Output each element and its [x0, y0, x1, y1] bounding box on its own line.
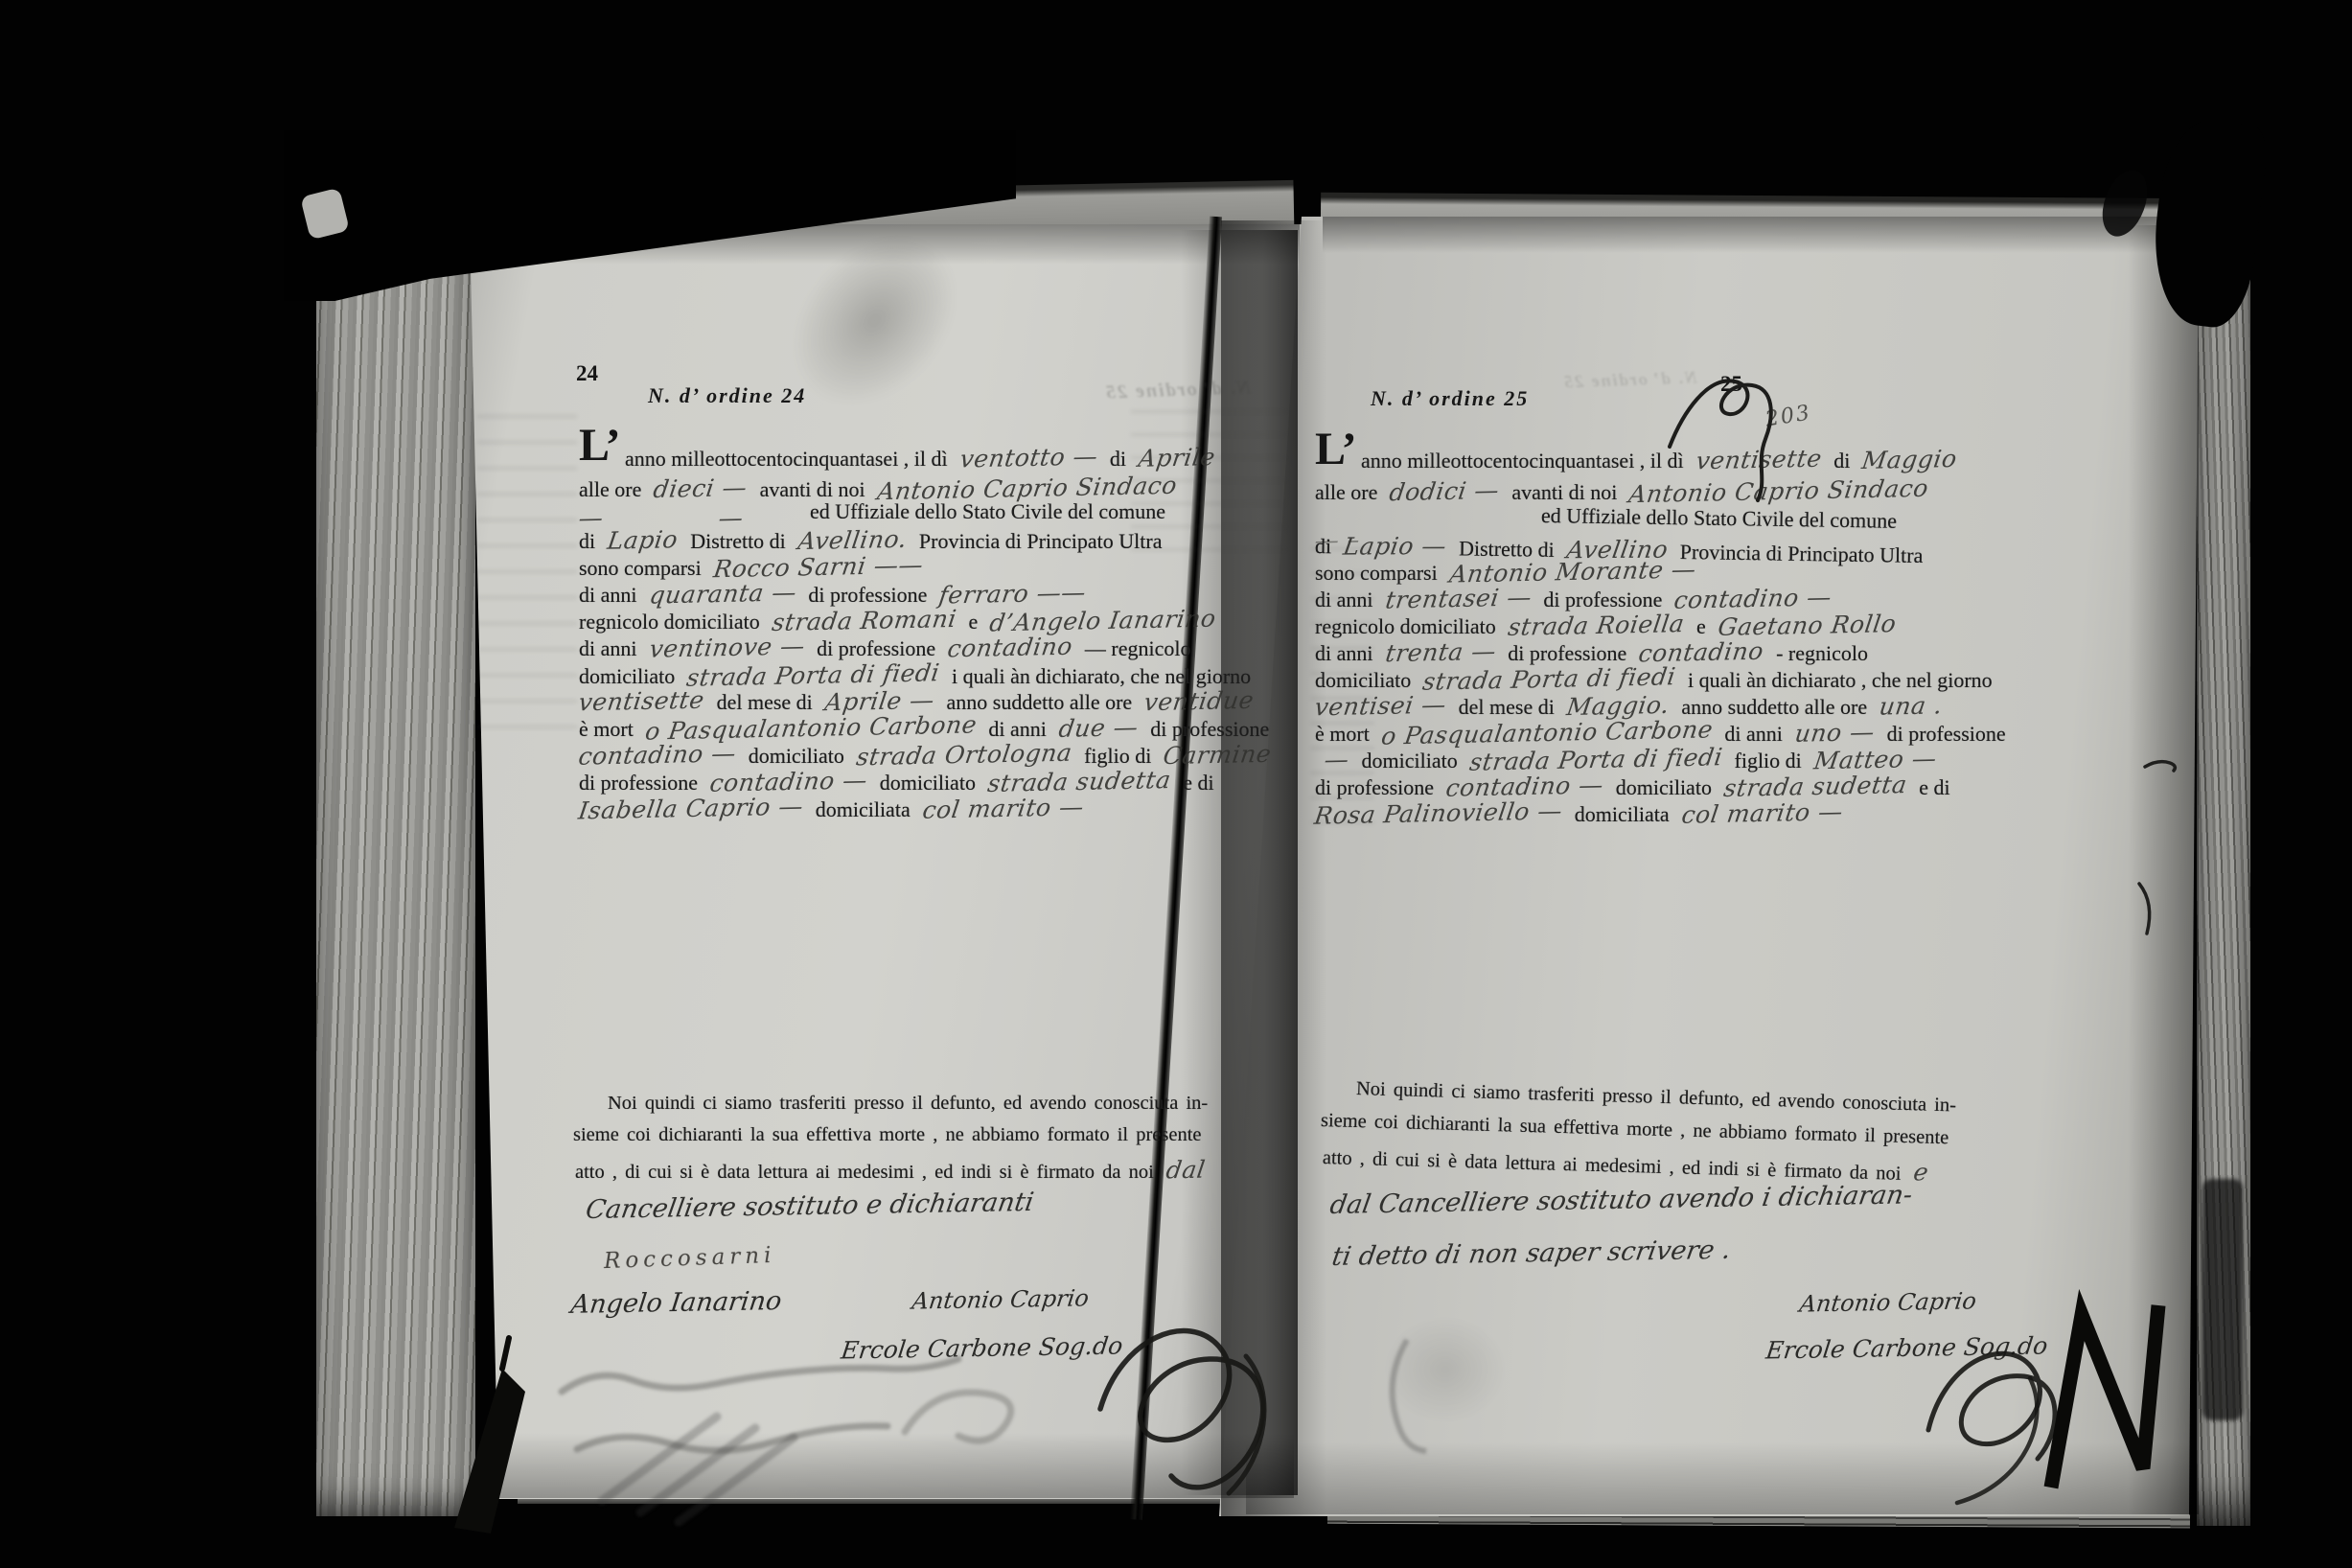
page-25 [1219, 217, 2199, 1516]
handwritten-text: ventisei — [1313, 691, 1448, 722]
declarant-name: Gaetano Rollo [1716, 610, 1898, 641]
printed-text: i quali àn dichiarato, che nel giorno [952, 664, 1251, 689]
printed-text: di [579, 529, 595, 554]
printed-text: figlio di [1084, 744, 1151, 769]
printed-text: di professione [1543, 588, 1662, 612]
record-line: regnicolo domiciliatostrada RoiellaeGaet… [1315, 611, 1896, 639]
handwritten-text: ventinove — [647, 632, 806, 662]
record-line: è morto Pasqualantonio Carbonedi anniuno… [1315, 719, 2006, 747]
handwritten-text: Lapio — [1342, 532, 1449, 560]
record-line: regnicolo domiciliatostrada Romanied’Ang… [579, 607, 1216, 634]
printed-text: di professione [1887, 722, 2006, 747]
printed-text: domiciliato [749, 744, 844, 769]
signature-declarant: Angelo Ianarino [569, 1286, 783, 1320]
handwritten-text: dieci — [652, 473, 749, 503]
printed-text: del mese di [717, 690, 813, 715]
handwritten-text: Maggio [1860, 445, 1959, 474]
record-line: alle oredodici —avanti di noiAntonio Cap… [1315, 477, 1928, 505]
printed-text: di anni [1315, 588, 1373, 612]
printed-text: domiciliato [880, 771, 976, 796]
declarant-name: Rocco Sarni —— [711, 551, 925, 584]
record-line: anno milleottocentocinquantasei , il dìv… [625, 444, 1215, 472]
handwritten-text: uno — [1793, 718, 1877, 748]
closing-paragraph-line: Noi quindi ci siamo trasferiti presso il… [608, 1093, 1208, 1115]
printed-text: di anni [1315, 641, 1373, 666]
page-number: 24 [576, 361, 598, 386]
printed-text: sieme coi dichiaranti la sua effettiva m… [573, 1124, 1202, 1146]
printed-text: e di [1183, 771, 1213, 796]
printed-text: di professione [1315, 775, 1434, 800]
printed-text: i quali àn dichiarato , che nel giorno [1688, 668, 1993, 693]
printed-text: e [968, 610, 978, 634]
printed-text: di anni [1724, 722, 1783, 747]
printed-text: di anni [579, 583, 637, 608]
mother-name: Isabella Caprio — [577, 793, 805, 825]
handwritten-text: col marito — [1679, 797, 1844, 829]
printed-text: alle ore [1315, 480, 1377, 505]
record-line: sono comparsiRocco Sarni —— [579, 553, 923, 581]
drop-cap: L’ [579, 423, 621, 469]
handwritten-text: — [1323, 746, 1351, 774]
printed-text: domiciliato [1616, 775, 1712, 800]
printed-text: regnicolo domiciliato [579, 610, 760, 634]
handwritten-text: Antonio Caprio Sindaco [1627, 474, 1930, 509]
record-line: di annitrenta —di professionecontadino- … [1315, 638, 1868, 666]
printed-text: di professione [579, 771, 698, 796]
printed-text: domiciliata [816, 797, 911, 822]
record-line: di professionecontadino —domiciliatostra… [1315, 772, 1950, 800]
page-stack-edge-left [316, 151, 475, 1516]
printed-text: - regnicolo [1776, 641, 1868, 666]
signature-official: Antonio Caprio [1798, 1287, 1978, 1317]
printed-text: di professione [817, 636, 935, 661]
handwritten-text: ferraro —— [937, 578, 1088, 609]
record-line: ed Uffiziale dello Stato Civile del comu… [810, 499, 1165, 524]
printed-text: Provincia di Principato Ultra [919, 529, 1163, 554]
handwritten-text: contadino — [1672, 583, 1833, 613]
printed-text: di professione [1508, 641, 1626, 666]
handwritten-text: contadino — [577, 739, 738, 770]
closing-paragraph-line: sieme coi dichiaranti la sua effettiva m… [573, 1124, 1202, 1146]
printed-text: di anni [988, 717, 1047, 742]
printed-text: atto , di cui si è data lettura ai medes… [575, 1162, 1154, 1184]
handwritten-text: Matteo — [1812, 745, 1939, 775]
printed-text: domiciliato [579, 664, 675, 689]
handwritten-text: trenta — [1383, 637, 1497, 667]
closing-paragraph-line: atto , di cui si è data lettura ai medes… [575, 1156, 1205, 1184]
handwritten-text: Carmine [1162, 740, 1273, 770]
record-line: ventisettedel mese diAprile —anno suddet… [579, 687, 1254, 715]
record-line: di annitrentasei —di professionecontadin… [1315, 585, 1832, 612]
record-line: Rosa Palinoviello —domiciliatacol marito… [1315, 799, 1842, 827]
printed-text: domiciliata [1575, 802, 1670, 827]
printed-text: Distretto di [690, 529, 786, 554]
printed-text: e di [1919, 775, 1949, 800]
printed-text: domiciliato [1315, 668, 1411, 693]
printed-text: Provincia di Principato Ultra [1680, 540, 1924, 568]
printed-text: anno milleottocentocinquantasei , il dì [1361, 449, 1684, 473]
declarant-name: d’Angelo Ianarino [988, 605, 1218, 637]
record-line: di professionecontadino —domiciliatostra… [579, 768, 1214, 796]
signature-clerk: Ercole Carbone Sog.do [840, 1331, 1124, 1364]
page-number: 25 [1720, 372, 1742, 397]
printed-text: figlio di [1735, 749, 1802, 773]
ink-streak [2202, 1179, 2243, 1420]
handwritten-text: ventisette [1694, 445, 1823, 475]
printed-text: — regnicolo [1085, 636, 1191, 661]
signature-official: Antonio Caprio [911, 1284, 1091, 1314]
handwritten-text: dodici — [1388, 476, 1501, 506]
record-line: di anniventinove —di professionecontadin… [579, 634, 1190, 661]
handwritten-text: dal [1164, 1156, 1208, 1185]
record-line: è morto Pasqualantonio Carbonedi annidue… [579, 714, 1269, 742]
printed-text: di [1315, 534, 1332, 559]
register-scan: N. d’ ordine 25 N. d’ ordine 25 24 N. d’… [0, 0, 2352, 1568]
handwritten-text: ventotto — [957, 443, 1099, 473]
printed-text: di [1110, 447, 1126, 472]
printed-text: di professione [1150, 717, 1269, 742]
handwritten-text: strada Porta di fiedi [1421, 662, 1678, 695]
handwritten-text: strada Roiella [1507, 610, 1687, 641]
printed-text: avanti di noi [1511, 480, 1617, 505]
printed-text: del mese di [1459, 695, 1555, 720]
handwritten-text: col marito — [920, 793, 1085, 824]
printed-text: di professione [808, 583, 927, 608]
printed-text: è mort [1315, 722, 1370, 747]
printed-text: sono comparsi [579, 556, 702, 581]
mother-name: Rosa Palinoviello — [1313, 796, 1565, 829]
handwritten-text: una . [1878, 691, 1945, 720]
handwritten-text: quaranta — [647, 578, 797, 609]
printed-text: di anni [579, 636, 637, 661]
handwritten-text: trentasei — [1383, 583, 1533, 613]
record-line: domiciliatostrada Porta di fiedii quali … [1315, 665, 1993, 693]
printed-text: è mort [579, 717, 634, 742]
record-line: di anniquaranta —di professioneferraro —… [579, 580, 1086, 608]
handwritten-text: Aprile [1137, 443, 1217, 473]
printed-text: di [1833, 449, 1850, 473]
act-number-heading: N. d’ ordine 24 [648, 383, 806, 408]
handwritten-text: ventidue [1142, 686, 1256, 716]
record-line: sono comparsiAntonio Morante — [1315, 558, 1695, 586]
record-line: anno milleottocentocinquantasei , il dìv… [1361, 446, 1957, 473]
record-line: domiciliatostrada Porta di fiedii quali … [579, 661, 1251, 689]
record-line: contadino —domiciliatostrada Ortolognafi… [579, 741, 1271, 769]
printed-text: domiciliato [1362, 749, 1458, 773]
printed-text: Noi quindi ci siamo trasferiti presso il… [608, 1093, 1208, 1115]
signature-clerk: Ercole Carbone Sog.do [1764, 1331, 2049, 1364]
printed-text: alle ore [579, 477, 641, 502]
printed-text: e [1696, 614, 1706, 639]
record-line: —domiciliatostrada Porta di fiedifiglio … [1325, 746, 1936, 773]
record-line: alle oredieci —avanti di noiAntonio Capr… [579, 474, 1176, 502]
record-line: diLapioDistretto diAvellino.Provincia di… [579, 526, 1162, 554]
handwritten-text: contadino [946, 633, 1074, 663]
printed-text: regnicolo domiciliato [1315, 614, 1496, 639]
handwritten-text: strada Ortologna [855, 739, 1074, 772]
printed-text: anno milleottocentocinquantasei , il dì [625, 447, 948, 472]
record-line: Isabella Caprio —domiciliatacol marito — [579, 795, 1083, 822]
record-line: ventisei —del mese diMaggio.anno suddett… [1315, 692, 1943, 720]
printed-text: sono comparsi [1315, 561, 1438, 586]
act-number-heading: N. d’ ordine 25 [1371, 386, 1529, 411]
drop-cap: L’ [1315, 427, 1357, 473]
printed-text: ed Uffiziale dello Stato Civile del comu… [810, 499, 1165, 524]
handwritten-text: ventisette [577, 686, 706, 717]
handwritten-text: Lapio [606, 525, 680, 555]
